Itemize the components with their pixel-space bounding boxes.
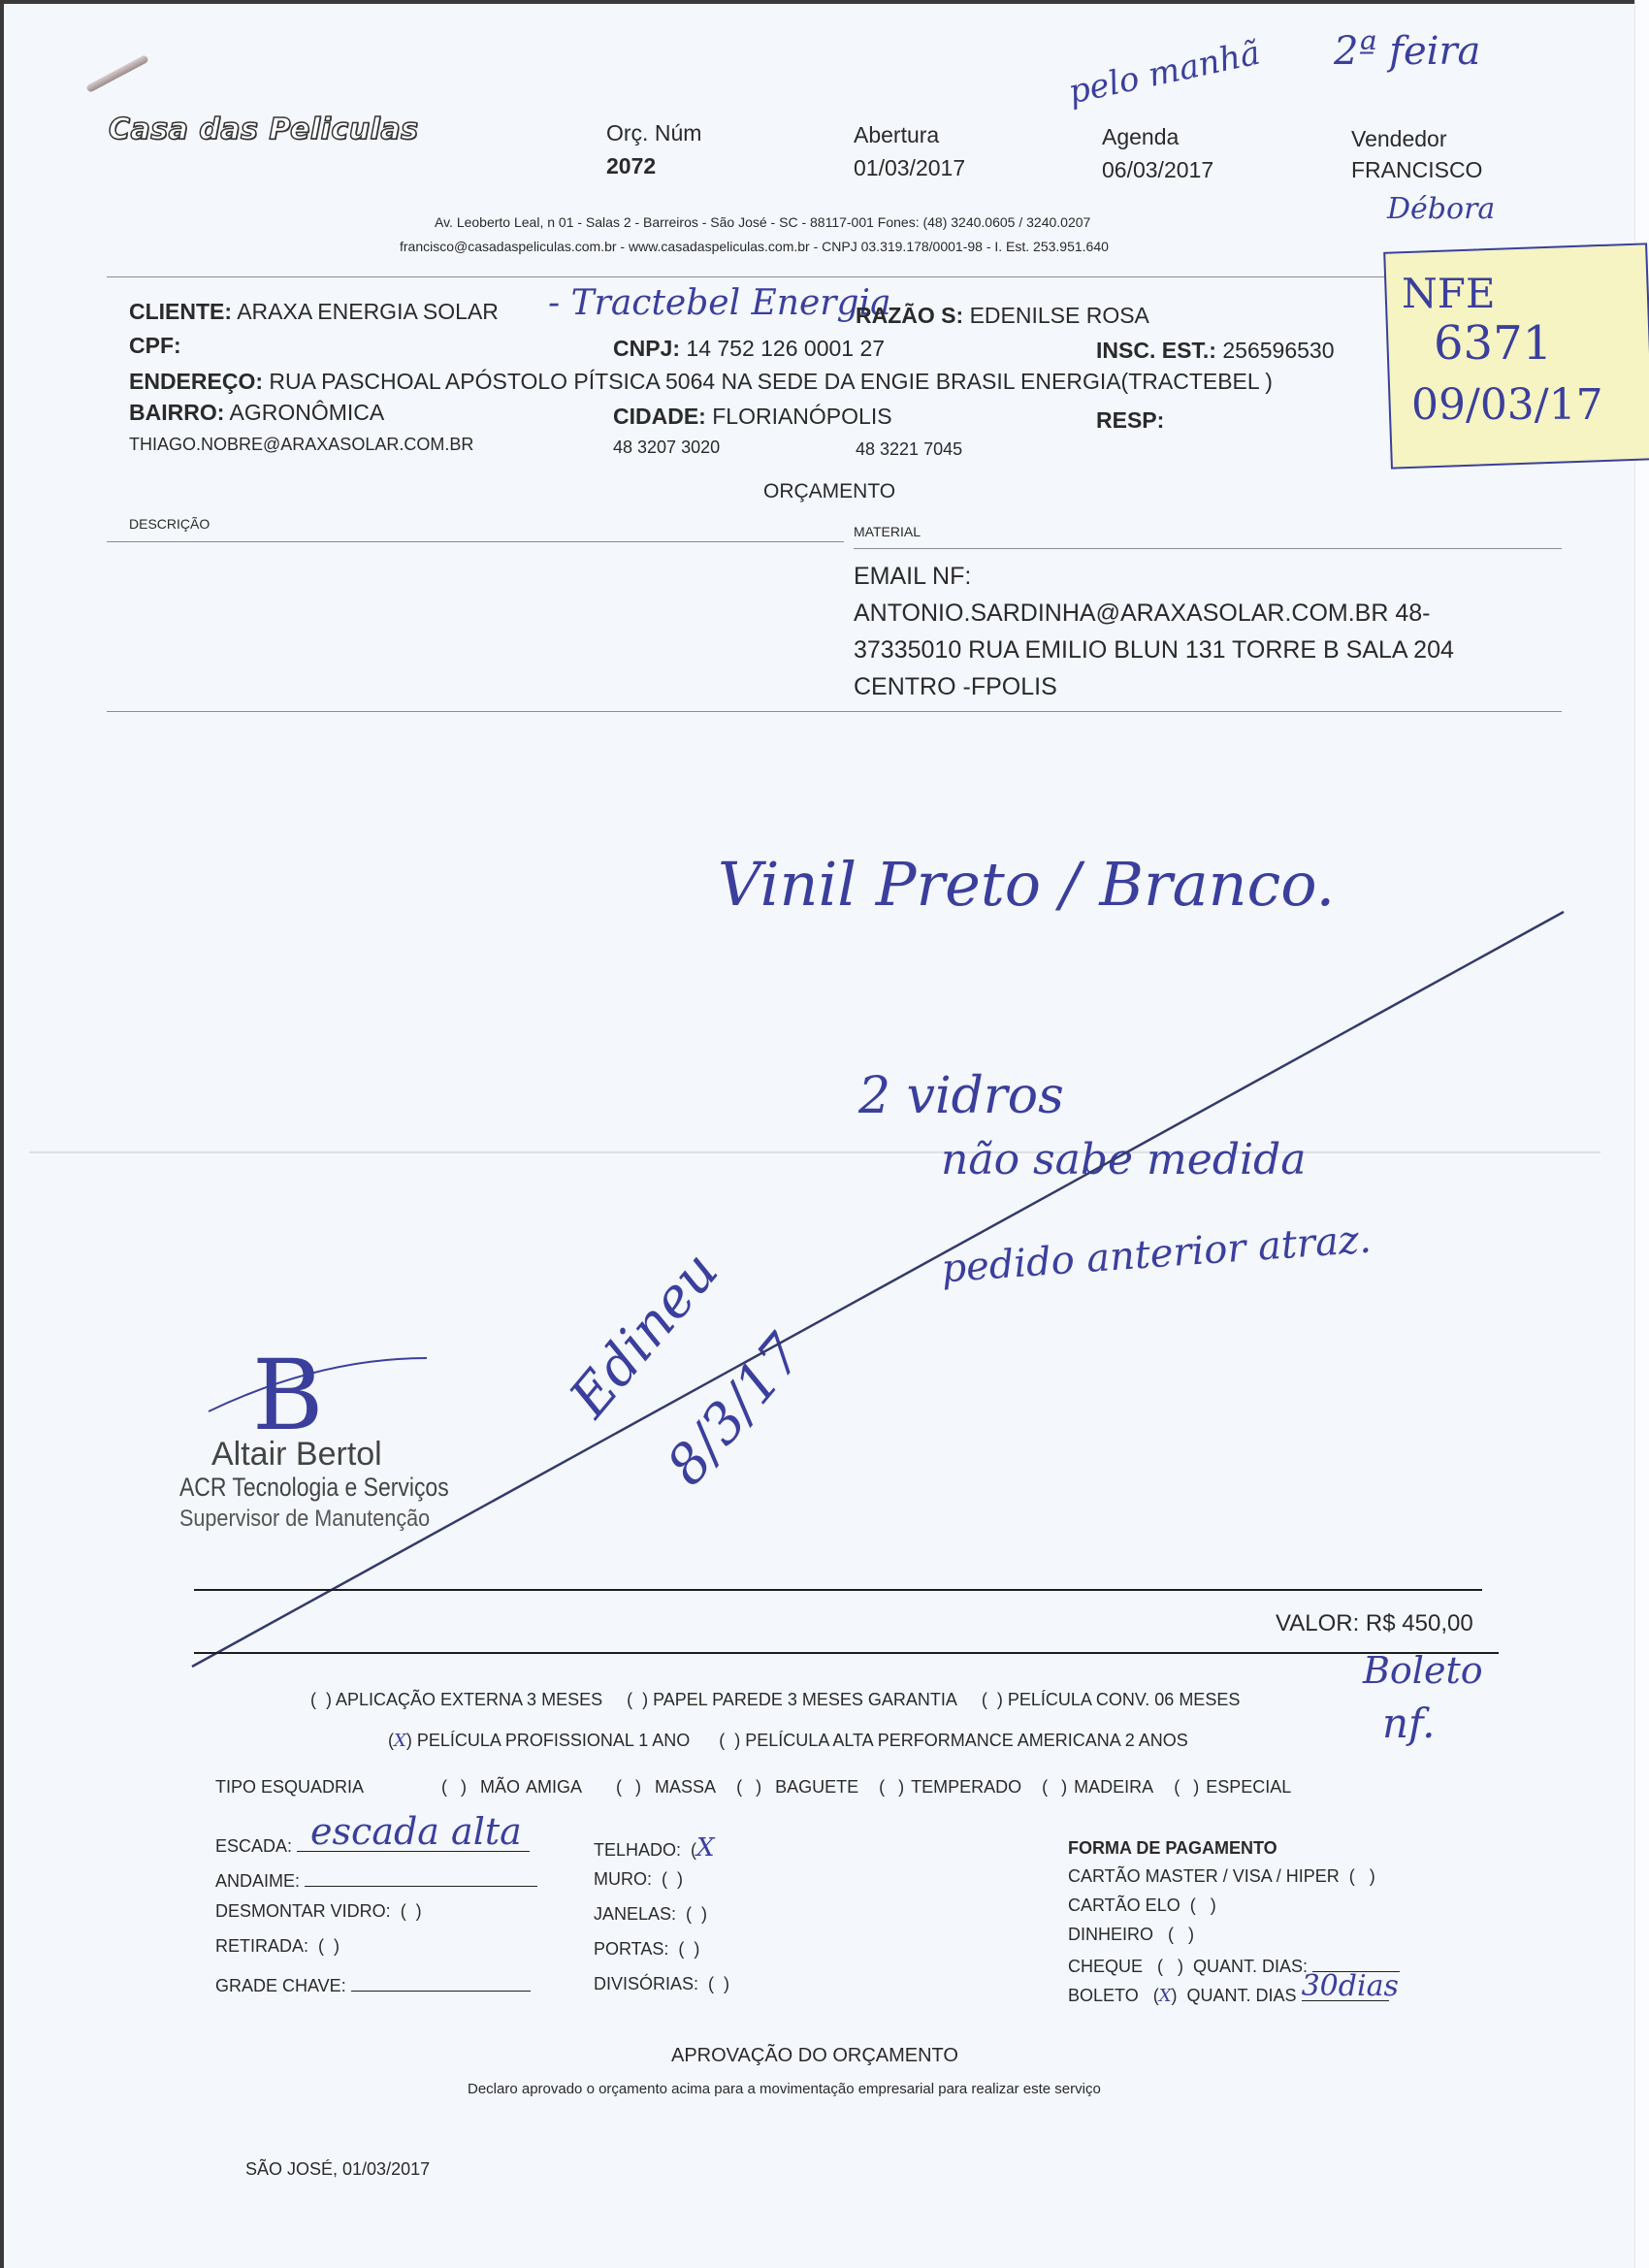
service-janelas[interactable]: JANELAS: ( ) bbox=[594, 1904, 707, 1925]
service-escada: ESCADA: escada alta bbox=[215, 1831, 530, 1857]
esquadria-option[interactable]: ( ) MASSA bbox=[616, 1777, 716, 1797]
esquadria-options: ( ) MÃO AMIGA ( ) MASSA ( ) BAGUETE ( ) … bbox=[441, 1777, 1291, 1798]
escada-input[interactable]: escada alta bbox=[297, 1831, 530, 1852]
esquadria-option[interactable]: ( ) MÃO AMIGA bbox=[441, 1777, 582, 1797]
service-telhado[interactable]: TELHADO: (X bbox=[594, 1833, 715, 1863]
garantia-option[interactable]: ( ) APLICAÇÃO EXTERNA 3 MESES bbox=[310, 1690, 602, 1709]
handwritten-payment-note: Boleto bbox=[1363, 1649, 1483, 1692]
service-divisorias[interactable]: DIVISÓRIAS: ( ) bbox=[594, 1974, 729, 1994]
valor-value: R$ 450,00 bbox=[1366, 1610, 1473, 1636]
service-retirada[interactable]: RETIRADA: ( ) bbox=[215, 1936, 339, 1957]
garantia-option[interactable]: ( ) PELÍCULA CONV. 06 MESES bbox=[982, 1690, 1240, 1709]
valor-bottom-line bbox=[194, 1652, 1499, 1654]
handwritten-invoice-note: nf. bbox=[1382, 1700, 1435, 1747]
cross-out-line bbox=[0, 0, 1649, 2268]
garantia-option-checked[interactable]: (X) PELÍCULA PROFISSIONAL 1 ANO bbox=[388, 1731, 690, 1750]
check-mark-icon: X bbox=[394, 1731, 406, 1751]
garantias-row-2: (X) PELÍCULA PROFISSIONAL 1 ANO ( ) PELÍ… bbox=[388, 1731, 1188, 1751]
garantia-option[interactable]: ( ) PELÍCULA ALTA PERFORMANCE AMERICANA … bbox=[719, 1731, 1187, 1750]
esquadria-option[interactable]: ( ) ESPECIAL bbox=[1174, 1777, 1291, 1797]
aprovacao-text: Declaro aprovado o orçamento acima para … bbox=[468, 2081, 1101, 2097]
valor-top-line bbox=[194, 1589, 1482, 1591]
pagamento-cartao-elo[interactable]: CARTÃO ELO ( ) bbox=[1068, 1895, 1216, 1916]
garantia-option[interactable]: ( ) PAPEL PAREDE 3 MESES GARANTIA bbox=[627, 1690, 957, 1709]
grade-chave-input[interactable] bbox=[351, 1971, 531, 1992]
aprovacao-place-date: SÃO JOSÉ, 01/03/2017 bbox=[245, 2159, 430, 2180]
service-portas[interactable]: PORTAS: ( ) bbox=[594, 1939, 699, 1960]
andaime-input[interactable] bbox=[305, 1866, 537, 1887]
service-andaime: ANDAIME: bbox=[215, 1866, 537, 1892]
pagamento-title: FORMA DE PAGAMENTO bbox=[1068, 1838, 1277, 1859]
pagamento-dinheiro[interactable]: DINHEIRO ( ) bbox=[1068, 1925, 1194, 1945]
valor-label: VALOR: bbox=[1276, 1610, 1359, 1636]
esquadria-option[interactable]: ( ) MADEIRA bbox=[1042, 1777, 1153, 1797]
check-mark-icon: X bbox=[696, 1833, 715, 1863]
esquadria-label: TIPO ESQUADRIA bbox=[215, 1777, 364, 1798]
check-mark-icon: X bbox=[1159, 1986, 1172, 2006]
pagamento-boleto: BOLETO (X) QUANT. DIAS 30dias bbox=[1068, 1983, 1389, 2006]
service-desmontar-vidro[interactable]: DESMONTAR VIDRO: ( ) bbox=[215, 1901, 422, 1922]
valor-field: VALOR: R$ 450,00 bbox=[1276, 1610, 1473, 1637]
boleto-dias-input[interactable]: 30dias bbox=[1302, 1983, 1389, 2001]
pagamento-cartao-master[interactable]: CARTÃO MASTER / VISA / HIPER ( ) bbox=[1068, 1866, 1375, 1887]
esquadria-option[interactable]: ( ) TEMPERADO bbox=[879, 1777, 1021, 1797]
esquadria-option[interactable]: ( ) BAGUETE bbox=[736, 1777, 858, 1797]
service-muro[interactable]: MURO: ( ) bbox=[594, 1869, 683, 1890]
aprovacao-title: APROVAÇÃO DO ORÇAMENTO bbox=[671, 2045, 958, 2067]
service-grade-chave: GRADE CHAVE: bbox=[215, 1971, 531, 1996]
garantias-row-1: ( ) APLICAÇÃO EXTERNA 3 MESES ( ) PAPEL … bbox=[310, 1690, 1240, 1710]
boleto-option[interactable]: BOLETO (X) bbox=[1068, 1986, 1178, 2005]
cheque-option[interactable]: CHEQUE ( ) bbox=[1068, 1957, 1183, 1976]
